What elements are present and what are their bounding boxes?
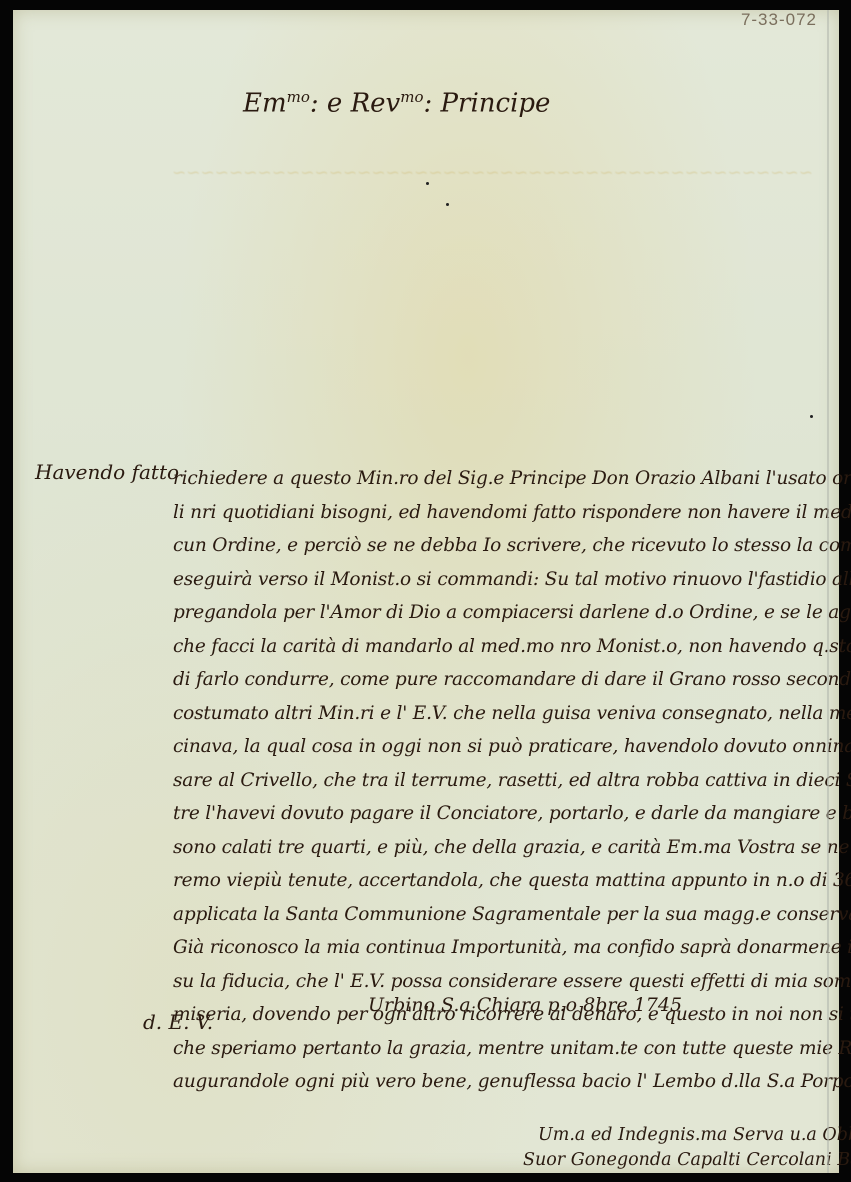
body-line: pregandola per l'Amor di Dio a compiacer… [173, 596, 833, 630]
body-line: che facci la carità di mandarlo al med.m… [173, 630, 833, 664]
signature-line-1: Um.a ed Indegnis.ma Serva u.a Obblig.ma [538, 1125, 851, 1145]
salutation-rev: : e Rev [310, 89, 400, 119]
manuscript-page: 7-33-072 ~~~~~~~~~~~~~~~~~~~~~~~~~~~~~~~… [13, 10, 839, 1173]
body-line: applicata la Santa Communione Sagramenta… [173, 898, 833, 932]
opening-words: Havendo fatto [35, 460, 179, 484]
body-line: di farlo condurre, come pure raccomandar… [173, 663, 833, 697]
body-line: sare al Crivello, che tra il terrume, ra… [173, 764, 833, 798]
body-line: tre l'havevi dovuto pagare il Conciatore… [173, 797, 833, 831]
signature-line-2: Suor Gonegonda Capalti Cercolani Badessa [523, 1150, 851, 1170]
body-line: richiedere a questo Min.ro del Sig.e Pri… [173, 462, 833, 496]
body-line: cun Ordine, e perciò se ne debba Io scri… [173, 529, 833, 563]
salutation-principe: : Principe [424, 89, 551, 119]
body-line: che speriamo pertanto la grazia, mentre … [173, 1032, 833, 1066]
body-line: Già riconosco la mia continua Importunit… [173, 931, 833, 965]
salutation-sup-mo: mo [287, 88, 310, 106]
body-line: su la fiducia, che l' E.V. possa conside… [173, 965, 833, 999]
body-line: li nri quotidiani bisogni, ed havendomi … [173, 496, 833, 530]
ink-spot [810, 415, 813, 418]
archive-id: 7-33-072 [741, 10, 817, 30]
salutation: Emmo: e Revmo: Principe [243, 88, 550, 119]
closing-abbreviation: d. E. V. [143, 1010, 213, 1034]
body-line: remo viepiù tenute, accertandola, che qu… [173, 864, 833, 898]
salutation-em: Em [243, 89, 287, 119]
body-line: costumato altri Min.ri e l' E.V. che nel… [173, 697, 833, 731]
body-line: eseguirà verso il Monist.o si commandi: … [173, 563, 833, 597]
salutation-sup-mo-2: mo [400, 88, 423, 106]
dateline: Urbino S.a Chiara p.o 8bre 1745 [368, 994, 682, 1016]
body-line: augurandole ogni più vero bene, genufles… [173, 1065, 833, 1099]
bleed-through-text: ~~~~~~~~~~~~~~~~~~~~~~~~~~~~~~~~~~~~~~~~… [173, 160, 813, 460]
ink-spot [446, 203, 449, 206]
body-line: cinava, la qual cosa in oggi non si può … [173, 730, 833, 764]
ink-spot [426, 182, 429, 185]
body-line: sono calati tre quarti, e più, che della… [173, 831, 833, 865]
